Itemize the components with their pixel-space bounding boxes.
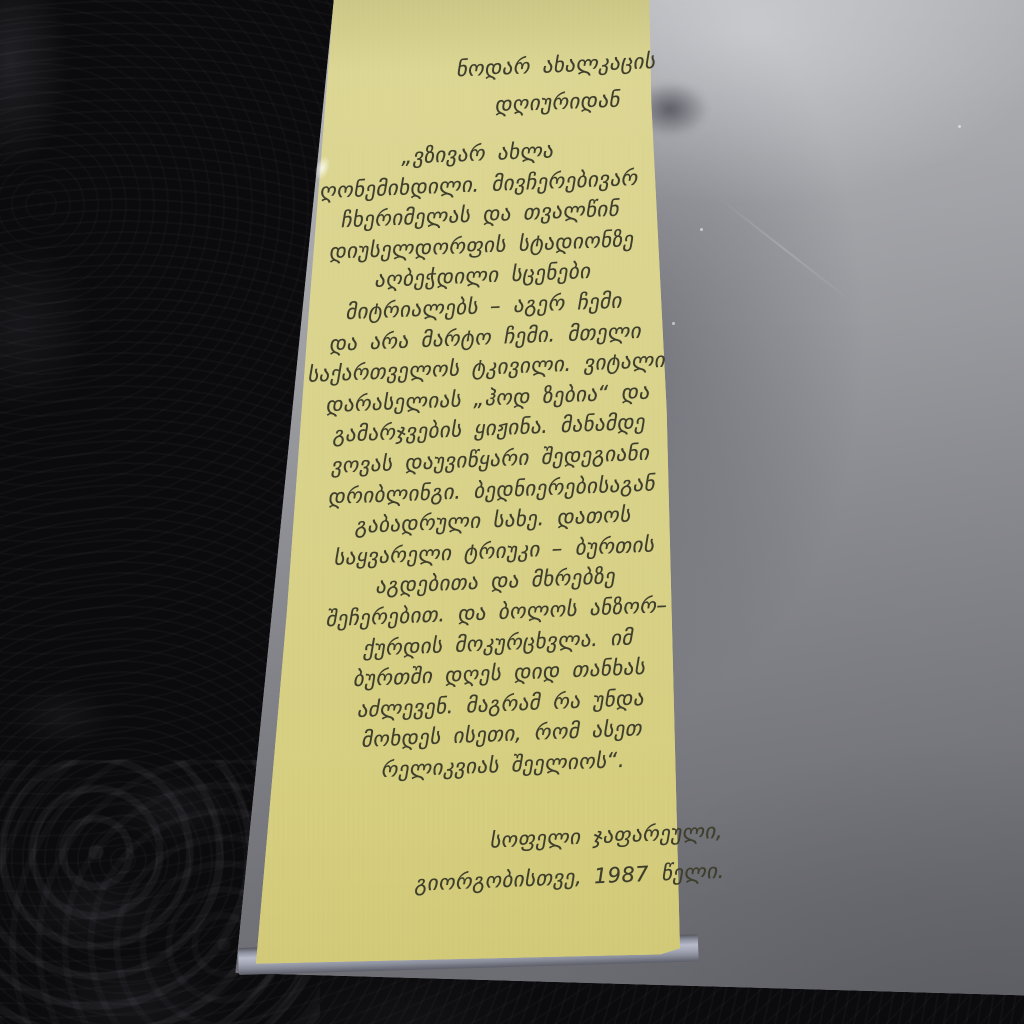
photo-scene: ნოდარ ახალკაცის დღიურიდან „ვზივარ ახლა ღ…: [0, 0, 1024, 1024]
note-heading: ნოდარ ახალკაცის დღიურიდან: [424, 42, 689, 127]
dust-speck: [958, 125, 961, 128]
handwritten-note: ნოდარ ახალკაცის დღიურიდან „ვზივარ ახლა ღ…: [248, 41, 733, 910]
note-body: „ვზივარ ახლა ღონემიხდილი. მივჩერებივარ ჩ…: [252, 129, 729, 790]
